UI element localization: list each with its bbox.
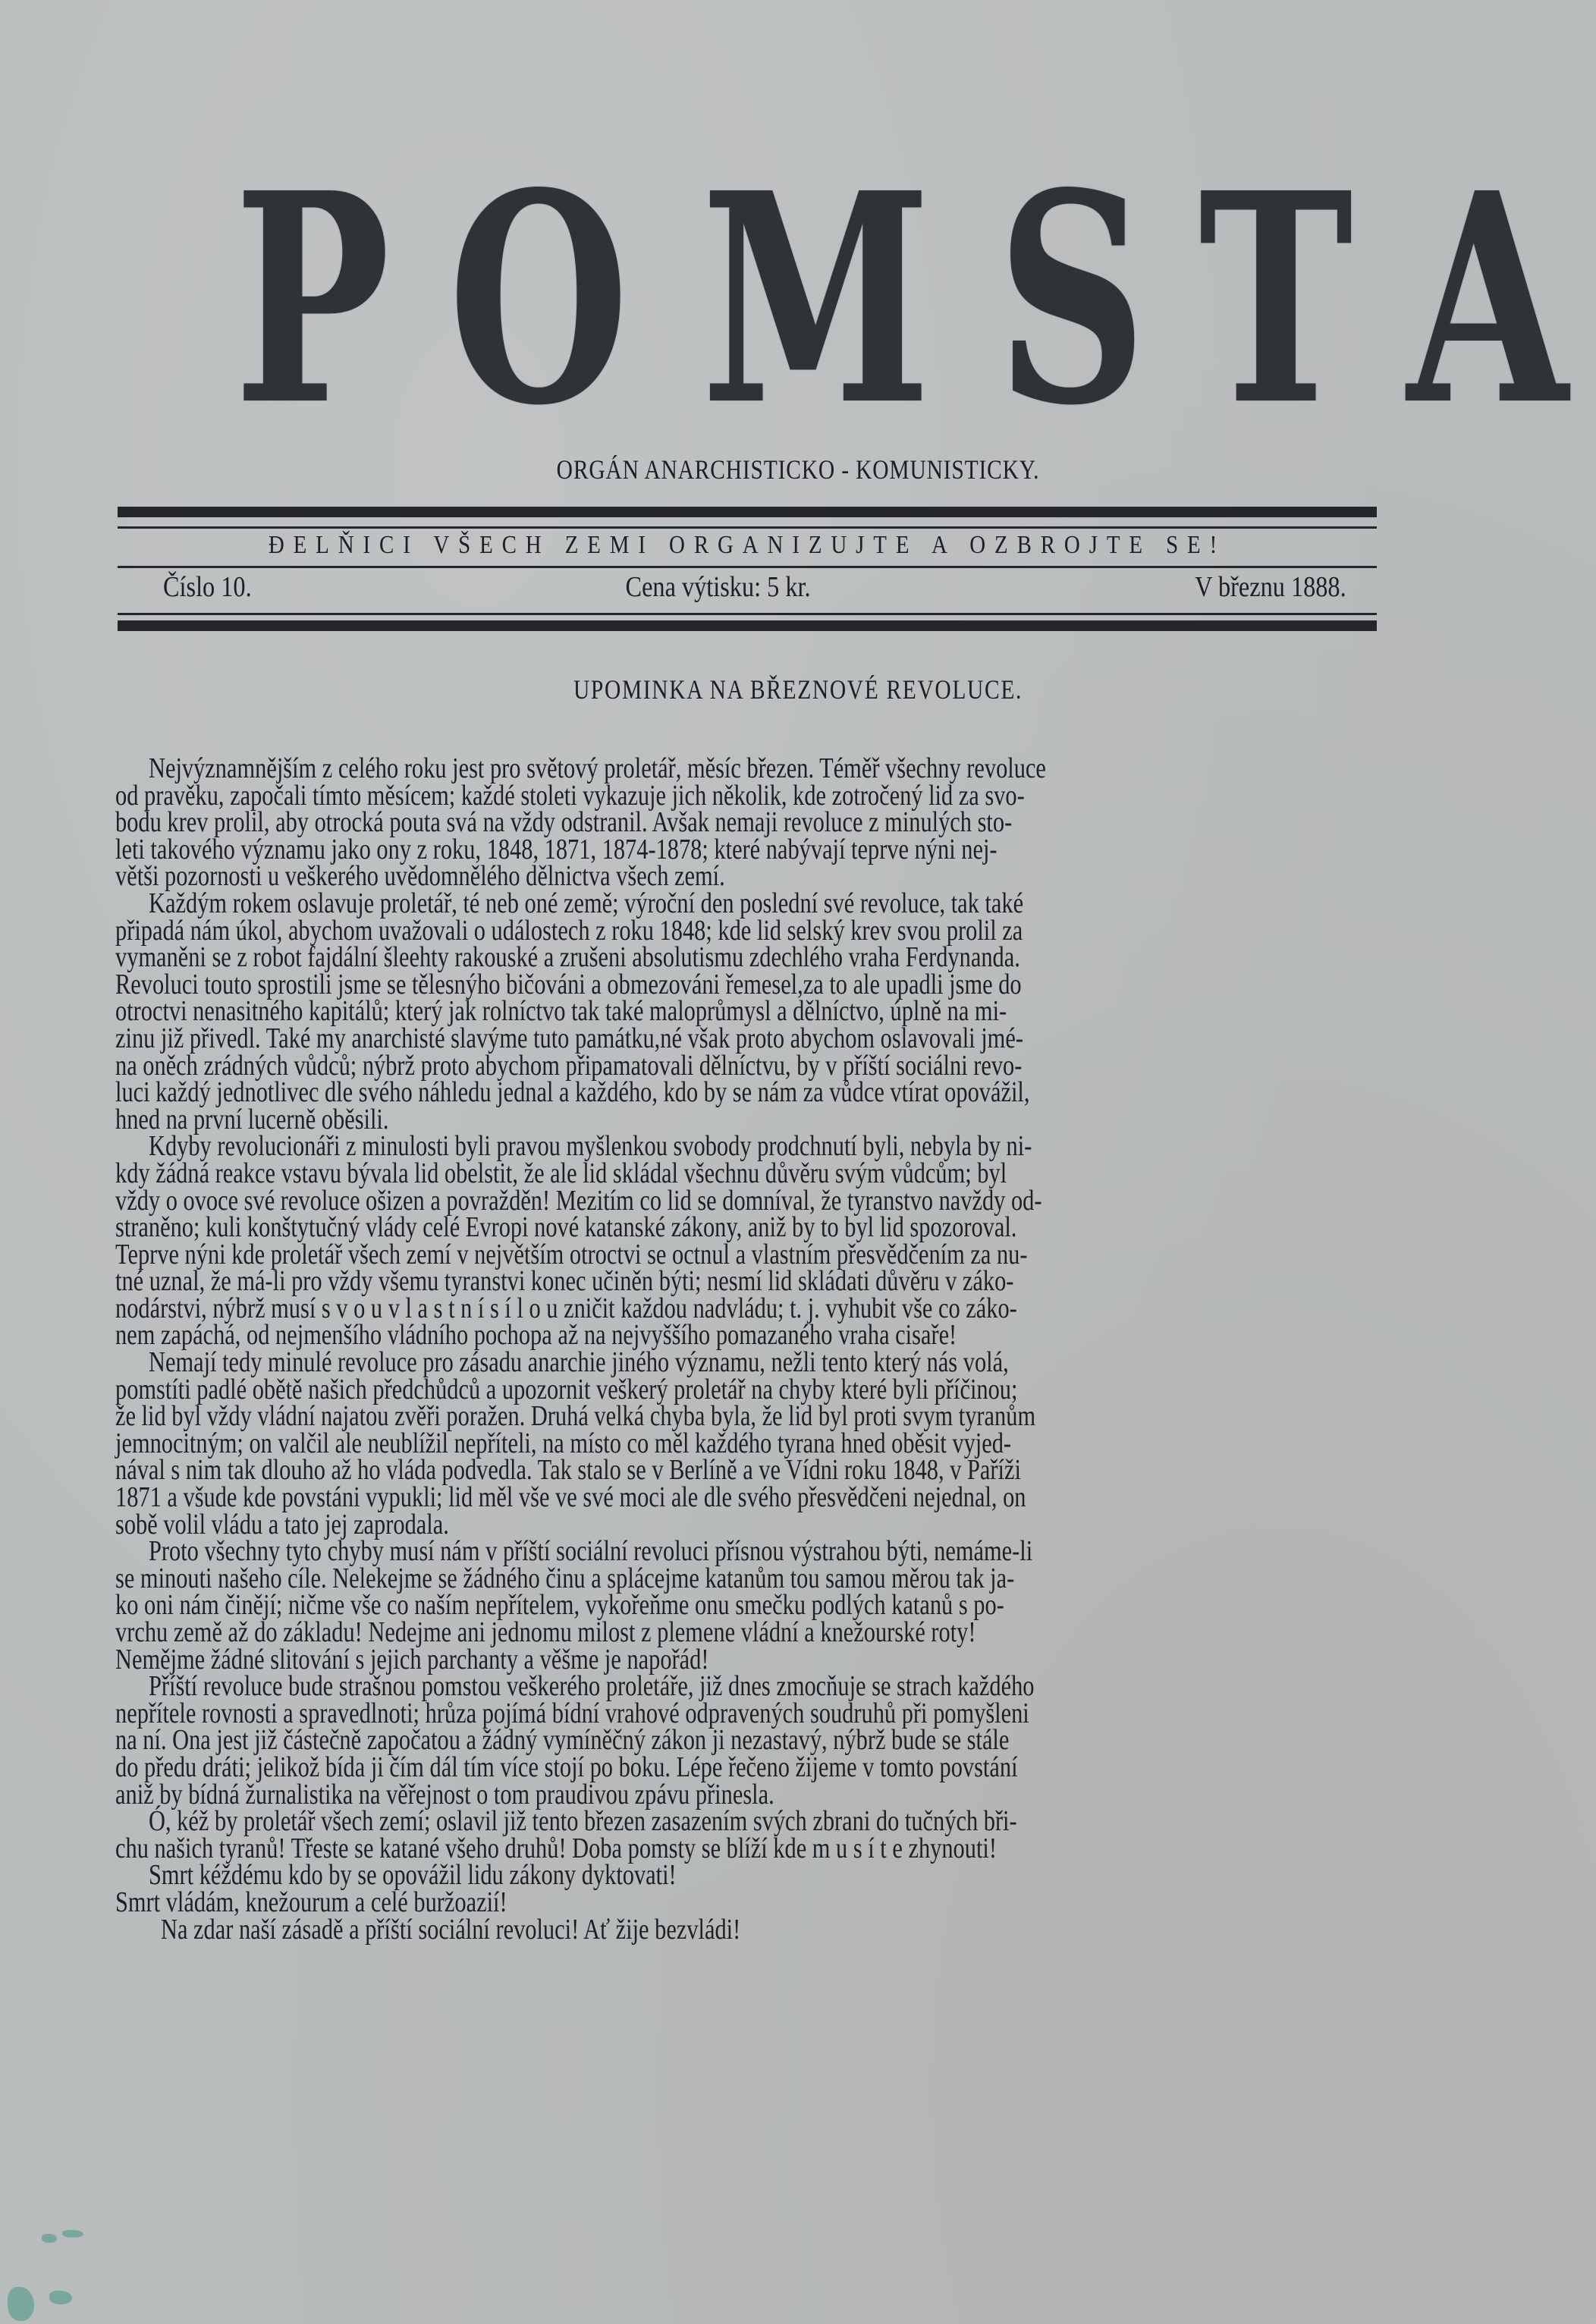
masthead-title: P O M S T A	[205, 163, 1312, 436]
title-letter: M	[701, 163, 925, 436]
text-line: vždy o ovoce své revoluce ošizen a povra…	[115, 1188, 1135, 1215]
text-line: Kdyby revolucionáři z minulosti byli pra…	[115, 1133, 1135, 1160]
text-line: tné uznal, že má-li pro vždy všemu tyran…	[115, 1268, 1135, 1295]
title-letter: A	[1407, 163, 1563, 436]
text-line: se minouti našeho cíle. Nelekejme se žád…	[115, 1566, 1135, 1593]
text-line: Smrt kéždému kdo by se opovážil lidu zák…	[115, 1862, 1135, 1889]
rule-divider	[118, 566, 1377, 568]
text-line: Smrt vládám, knežourum a celé buržoazií!	[115, 1889, 1135, 1917]
text-line: připadá nám úkol, abychom uvažovali o ud…	[115, 918, 1135, 945]
text-line: zinu již přivedl. Také my anarchisté sla…	[115, 1025, 1135, 1053]
paper-stain	[42, 2234, 57, 2243]
text-line: nepřítele rovnosti a spravedlnoti; hrůza…	[115, 1701, 1135, 1728]
text-line: Nejvýznamnějším z celého roku jest pro s…	[115, 755, 1135, 783]
text-line: na ní. Ona jest již částečně započatou a…	[115, 1727, 1135, 1754]
text-line: Ó, kéž by proletář všech zemí; oslavil j…	[115, 1808, 1135, 1836]
text-line: aniž by bídná žurnalistika na věřejnost …	[115, 1782, 1135, 1809]
issue-date: V březnu 1888.	[1195, 570, 1346, 604]
text-line: chu našich tyranů! Třeste se katané všeh…	[115, 1836, 1135, 1863]
text-line: straněno; kuli konštytučný vlády celé Ev…	[115, 1214, 1135, 1242]
text-line: luci každý jednotlivec dle svého náhledu…	[115, 1079, 1135, 1107]
text-line: ko oni nám činějí; ničme vše co naším ne…	[115, 1592, 1135, 1619]
text-line: vrchu země až do základu! Nedejme ani je…	[115, 1619, 1135, 1647]
title-letter: O	[448, 163, 624, 436]
title-letter: T	[1199, 163, 1347, 436]
paper-stain	[62, 2230, 83, 2238]
newspaper-page: P O M S T A ORGÁN ANARCHISTICKO - KOMUNI…	[0, 0, 1596, 2324]
rule-divider	[118, 620, 1377, 631]
rule-divider	[118, 613, 1377, 615]
text-line: Nemají tedy minulé revoluce pro zásadu a…	[115, 1349, 1135, 1377]
text-line: do předu dráti; jelikož bída ji čím dál …	[115, 1754, 1135, 1782]
title-letter: P	[234, 163, 385, 436]
masthead-subtitle: ORGÁN ANARCHISTICKO - KOMUNISTICKY.	[143, 454, 1452, 485]
text-line: Proto všechny tyto chyby musí nám v příš…	[115, 1538, 1135, 1566]
text-line: Teprve nýni kde proletář všech zemí v ne…	[115, 1242, 1135, 1269]
text-line: vymaněni se z robot fajdální šleehty rak…	[115, 944, 1135, 972]
issue-price: Cena výtisku: 5 kr.	[625, 570, 810, 604]
text-line: nem zapáchá, od nejmenšího vládního poch…	[115, 1322, 1135, 1349]
text-line: že lid byl vždy vládní najatou zvěři por…	[115, 1403, 1135, 1431]
text-line: sobě volil vládu a tato jej zaprodala.	[115, 1512, 1135, 1539]
text-line: bodu krev prolil, aby otrocká pouta svá …	[115, 809, 1135, 837]
title-letter: S	[997, 163, 1141, 436]
text-line: Na zdar naší zásadě a příští sociální re…	[115, 1917, 1135, 1944]
text-line: pomstíti padlé obětě našich předchůdců a…	[115, 1377, 1135, 1404]
text-line: 1871 a všude kde povstáni vypukli; lid m…	[115, 1484, 1135, 1512]
text-line: leti takového významu jako ony z roku, 1…	[115, 837, 1135, 864]
text-line: na oněch zrádných vůdců; nýbrž proto aby…	[115, 1053, 1135, 1080]
text-line: kdy žádná reakce vstavu bývala lid obels…	[115, 1160, 1135, 1188]
text-line: větši pozornosti u veškerého uvědomněléh…	[115, 863, 1135, 890]
article-body: Nejvýznamnějším z celého roku jest pro s…	[115, 755, 1390, 1943]
issue-info-line: Číslo 10. Cena výtisku: 5 kr. V březnu 1…	[163, 570, 1346, 604]
text-line: Revoluci touto sprostili jsme se tělesný…	[115, 972, 1135, 999]
text-line: hned na první lucerně oběsili.	[115, 1107, 1135, 1134]
text-line: od pravěku, započali tímto měsícem; každ…	[115, 783, 1135, 810]
issue-number: Číslo 10.	[163, 570, 252, 604]
paper-stain	[8, 2287, 34, 2321]
text-line: Nemějme žádné slitování s jejich parchan…	[115, 1647, 1135, 1674]
text-line: nával s nim tak dlouho až ho vláda podve…	[115, 1457, 1135, 1484]
article-title: UPOMINKA NA BŘEZNOVÉ REVOLUCE.	[143, 674, 1452, 705]
paper-stain	[49, 2291, 72, 2304]
text-line: nodárstvi, nýbrž musí s v o u v l a s t …	[115, 1295, 1135, 1323]
rule-divider	[118, 526, 1377, 529]
masthead-motto: ĐELŇICI VŠECH ZEMI ORGANIZUJTE A OZBROJT…	[212, 531, 1283, 560]
text-line: otroctvi nenasitného kapitálů; který jak…	[115, 998, 1135, 1025]
rule-divider	[118, 507, 1377, 517]
text-line: Příští revoluce bude strašnou pomstou ve…	[115, 1673, 1135, 1701]
text-line: Každým rokem oslavuje proletář, té neb o…	[115, 890, 1135, 918]
text-line: jemnocitným; on valčil ale neublížil nep…	[115, 1431, 1135, 1458]
